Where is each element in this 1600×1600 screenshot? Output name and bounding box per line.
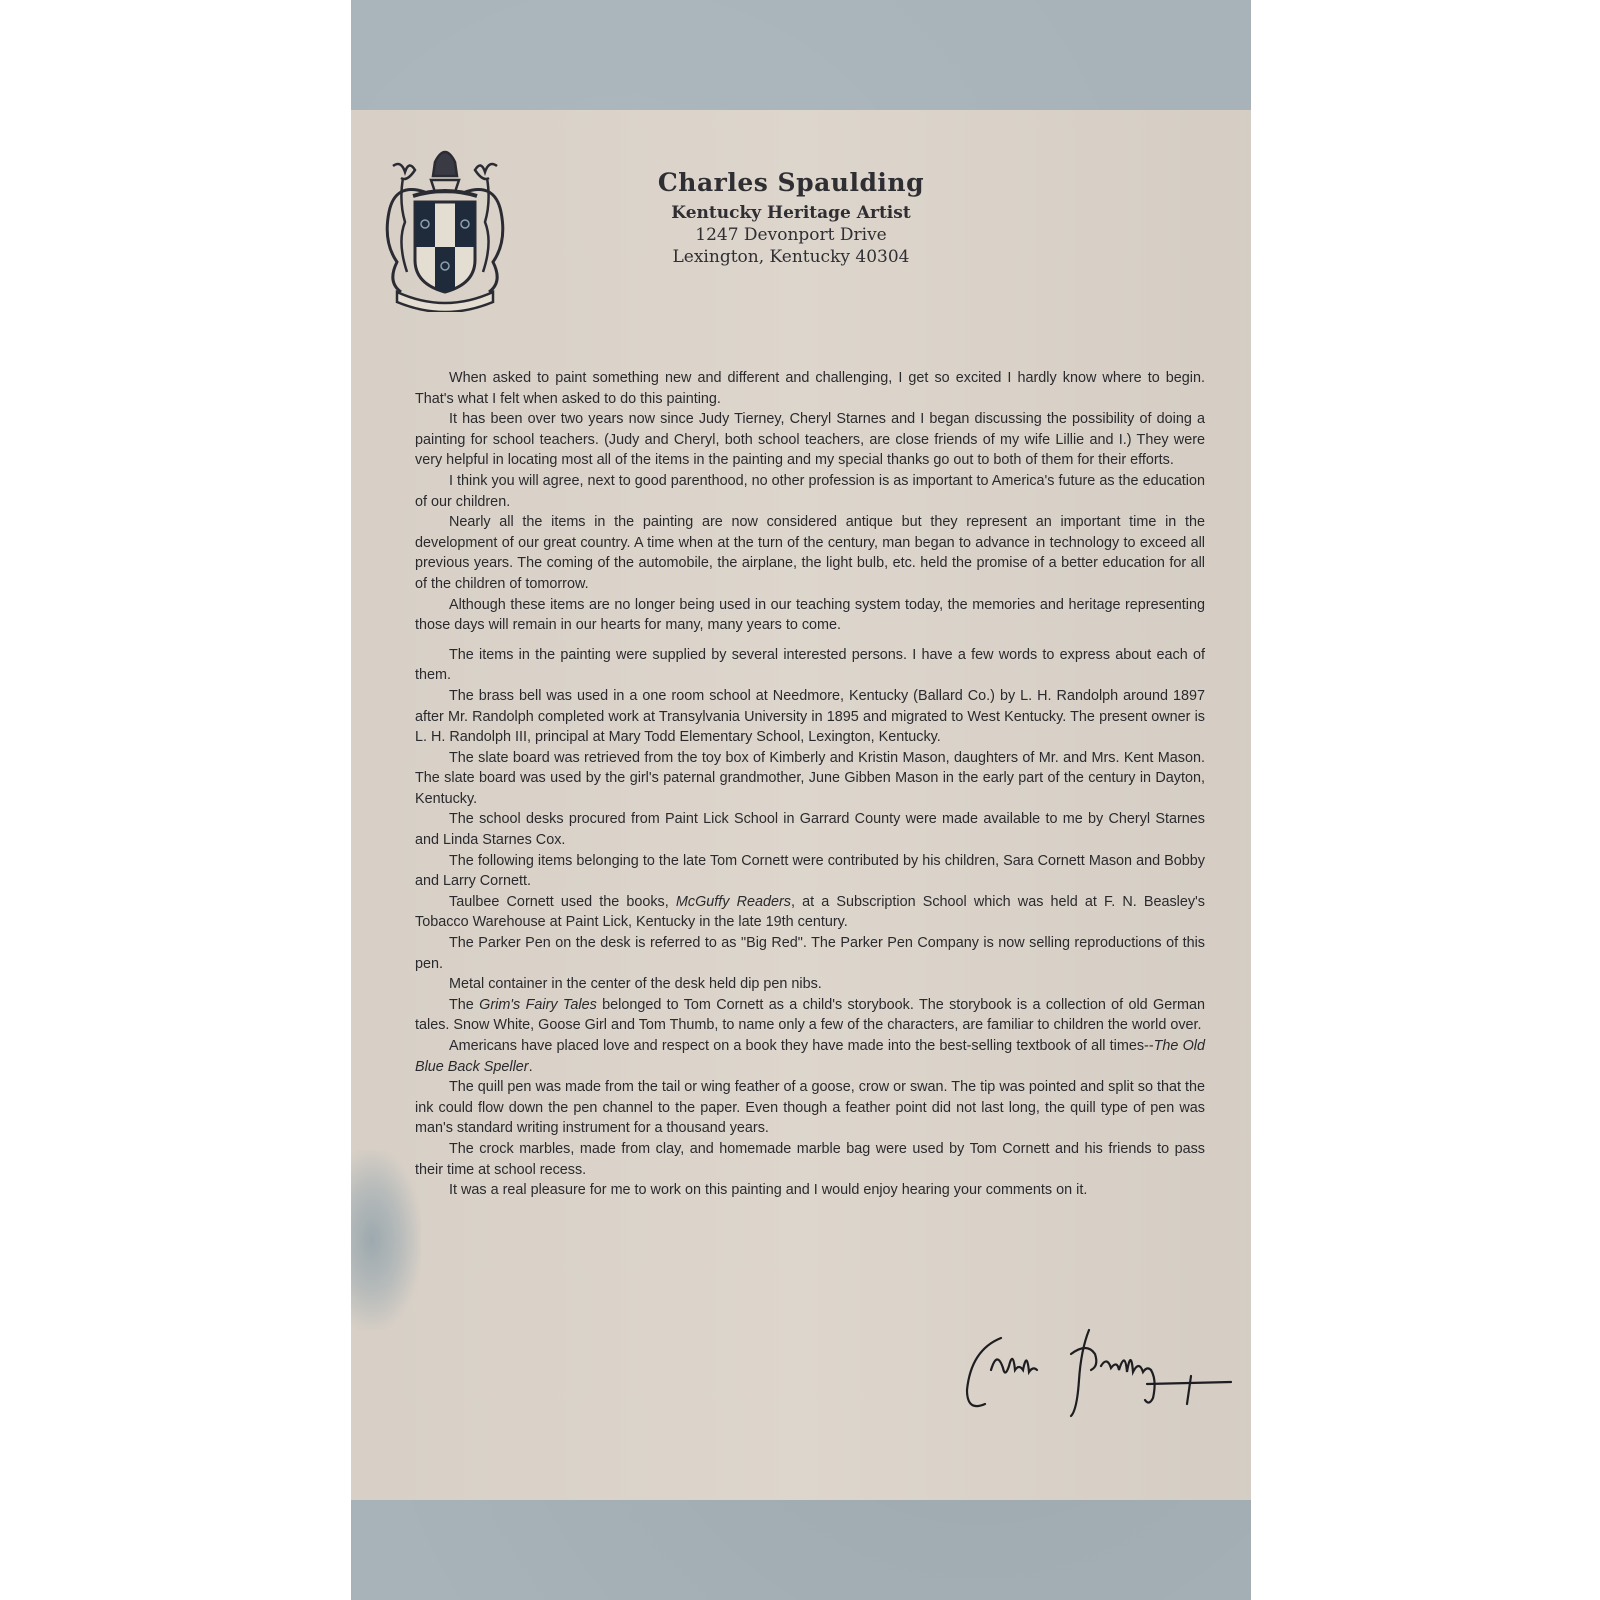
paragraph: Americans have placed love and respect o… (415, 1036, 1205, 1077)
handwritten-signature-icon (961, 1320, 1251, 1420)
address-line-2: Lexington, Kentucky 40304 (621, 247, 961, 267)
paragraph: Metal container in the center of the des… (415, 974, 1205, 995)
paragraph: It was a real pleasure for me to work on… (415, 1180, 1205, 1201)
letter-body: When asked to paint something new and di… (415, 368, 1205, 1201)
paragraph: The crock marbles, made from clay, and h… (415, 1139, 1205, 1180)
paragraph: The slate board was retrieved from the t… (415, 748, 1205, 810)
letter-paper: Charles Spaulding Kentucky Heritage Arti… (351, 110, 1251, 1500)
paragraph: The school desks procured from Paint Lic… (415, 809, 1205, 850)
document-photo: Charles Spaulding Kentucky Heritage Arti… (351, 0, 1251, 1600)
paragraph: The Grim's Fairy Tales belonged to Tom C… (415, 995, 1205, 1036)
water-stain (351, 1150, 421, 1330)
paragraph: It has been over two years now since Jud… (415, 409, 1205, 471)
paragraph: When asked to paint something new and di… (415, 368, 1205, 409)
paragraph: The brass bell was used in a one room sc… (415, 686, 1205, 748)
artist-title: Kentucky Heritage Artist (621, 203, 961, 223)
address-line-1: 1247 Devonport Drive (621, 225, 961, 245)
paragraph: Although these items are no longer being… (415, 595, 1205, 636)
artist-name: Charles Spaulding (621, 168, 961, 197)
paragraph: The items in the painting were supplied … (415, 645, 1205, 686)
letterhead: Charles Spaulding Kentucky Heritage Arti… (621, 168, 961, 267)
paragraph: The following items belonging to the lat… (415, 851, 1205, 892)
coat-of-arms-icon (375, 142, 515, 312)
paragraph: The Parker Pen on the desk is referred t… (415, 933, 1205, 974)
paragraph: The quill pen was made from the tail or … (415, 1077, 1205, 1139)
paragraph: I think you will agree, next to good par… (415, 471, 1205, 512)
paragraph: Nearly all the items in the painting are… (415, 512, 1205, 594)
paragraph: Taulbee Cornett used the books, McGuffy … (415, 892, 1205, 933)
